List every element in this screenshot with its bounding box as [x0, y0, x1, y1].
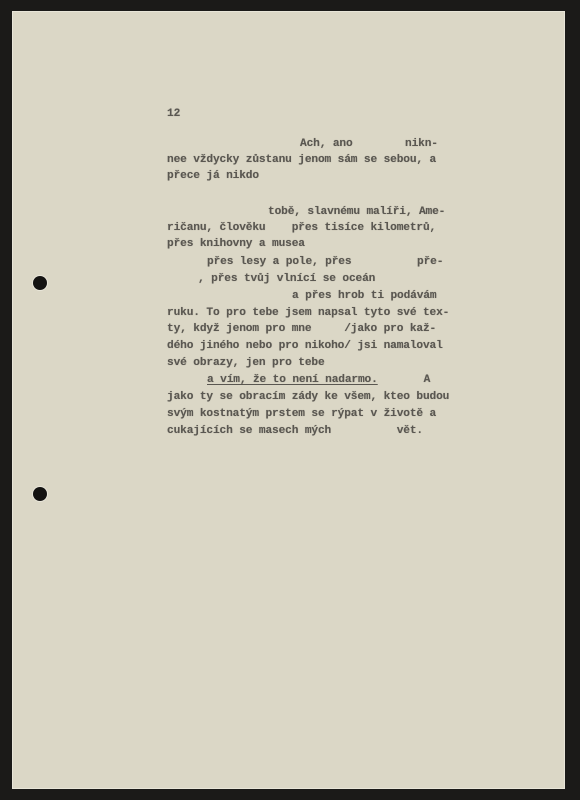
text-line: Ach, ano nikn-: [300, 137, 438, 151]
text-fragment: A: [378, 374, 431, 386]
typewritten-text: 12 Ach, ano nikn- nee vždycky zůstanu je…: [12, 11, 565, 789]
text-line: své obrazy, jen pro tebe: [167, 356, 325, 370]
underlined-phrase: a vím, že to není nadarmo.: [207, 374, 378, 386]
text-line: přece já nikdo: [167, 169, 259, 183]
text-line: dého jiného nebo pro nikoho/ jsi namalov…: [167, 339, 443, 353]
text-line: , přes tvůj vlnící se oceán: [198, 272, 375, 286]
text-line: nee vždycky zůstanu jenom sám se sebou, …: [167, 153, 436, 167]
document-page: 12 Ach, ano nikn- nee vždycky zůstanu je…: [12, 11, 565, 789]
text-line: ruku. To pro tebe jsem napsal tyto své t…: [167, 306, 449, 320]
text-line: cukajících se masech mých vět.: [167, 424, 423, 438]
text-line: tobě, slavnému malíři, Ame-: [268, 205, 445, 219]
page-number: 12: [167, 107, 180, 121]
text-line: ty, když jenom pro mne /jako pro kaž-: [167, 322, 436, 336]
text-line: jako ty se obracím zády ke všem, kteo bu…: [167, 390, 449, 404]
text-line: a přes hrob ti podávám: [292, 289, 436, 303]
text-line-emphasis: a vím, že to není nadarmo. A: [207, 373, 430, 387]
text-line: ričanu, člověku přes tisíce kilometrů,: [167, 221, 436, 235]
text-line: svým kostnatým prstem se rýpat v životě …: [167, 407, 436, 421]
text-line: přes knihovny a musea: [167, 237, 305, 251]
text-line: přes lesy a pole, přes pře-: [207, 255, 443, 269]
